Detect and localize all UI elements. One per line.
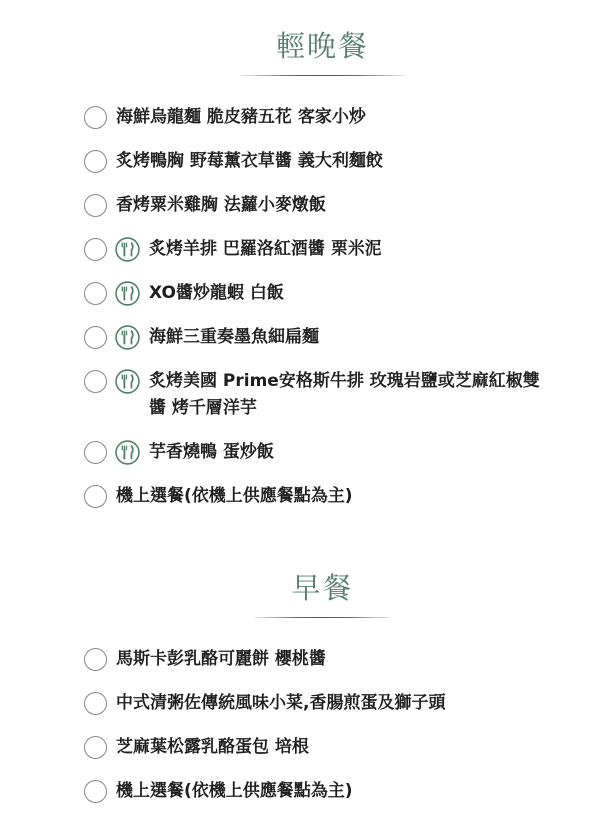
meal-selection-page: 輕晚餐 海鮮烏龍麵 脆皮豬五花 客家小炒 炙烤鴨胸 野莓薰衣草醬 義大利麵餃 香… (0, 0, 601, 805)
meal-option-row[interactable]: 機上選餐(依機上供應餐點為主) (84, 778, 561, 805)
meal-option-row[interactable]: 海鮮三重奏墨魚細扁麵 (84, 324, 561, 351)
meal-option-label: 機上選餐(依機上供應餐點為主) (116, 778, 353, 805)
radio-button[interactable] (84, 780, 107, 803)
radio-button[interactable] (84, 282, 107, 305)
meal-option-row[interactable]: 芋香燒鴨 蛋炒飯 (84, 439, 561, 466)
meal-option-row[interactable]: 馬斯卡彭乳酪可麗餅 櫻桃醬 (84, 646, 561, 673)
radio-button[interactable] (84, 194, 107, 217)
meal-option-label: 炙烤美國 Prime安格斯牛排 玫瑰岩鹽或芝麻紅椒雙醬 烤千層洋芋 (149, 368, 541, 422)
meal-option-row[interactable]: 炙烤鴨胸 野莓薰衣草醬 義大利麵餃 (84, 148, 561, 175)
meal-option-label: 海鮮烏龍麵 脆皮豬五花 客家小炒 (116, 104, 366, 131)
meal-option-label: 馬斯卡彭乳酪可麗餅 櫻桃醬 (116, 646, 326, 673)
radio-button[interactable] (84, 238, 107, 261)
meal-option-row[interactable]: XO醬炒龍蝦 白飯 (84, 280, 561, 307)
radio-button[interactable] (84, 736, 107, 759)
meal-option-row[interactable]: 海鮮烏龍麵 脆皮豬五花 客家小炒 (84, 104, 561, 131)
radio-button[interactable] (84, 326, 107, 349)
meal-option-row[interactable]: 炙烤美國 Prime安格斯牛排 玫瑰岩鹽或芝麻紅椒雙醬 烤千層洋芋 (84, 368, 561, 422)
meal-option-label: XO醬炒龍蝦 白飯 (149, 280, 284, 307)
meal-option-label: 香烤粟米雞胸 法蘿小麥燉飯 (116, 192, 326, 219)
meal-option-label: 海鮮三重奏墨魚細扁麵 (149, 324, 319, 351)
section-title-dinner: 輕晚餐 (240, 24, 405, 76)
section-header-dinner: 輕晚餐 (84, 24, 561, 76)
meal-option-row[interactable]: 香烤粟米雞胸 法蘿小麥燉飯 (84, 192, 561, 219)
meal-option-label: 芋香燒鴨 蛋炒飯 (149, 439, 274, 466)
meal-option-label: 炙烤羊排 巴羅洛紅酒醬 栗米泥 (149, 236, 382, 263)
meal-option-label: 芝麻葉松露乳酪蛋包 培根 (116, 734, 309, 761)
meal-option-row[interactable]: 炙烤羊排 巴羅洛紅酒醬 栗米泥 (84, 236, 561, 263)
meal-option-row[interactable]: 芝麻葉松露乳酪蛋包 培根 (84, 734, 561, 761)
fork-knife-icon (115, 369, 140, 394)
meal-option-row[interactable]: 機上選餐(依機上供應餐點為主) (84, 483, 561, 510)
fork-knife-icon (115, 440, 140, 465)
fork-knife-icon (115, 281, 140, 306)
meal-option-row[interactable]: 中式清粥佐傳統風味小菜,香腸煎蛋及獅子頭 (84, 690, 561, 717)
section-header-breakfast: 早餐 (84, 566, 561, 618)
radio-button[interactable] (84, 150, 107, 173)
meal-option-label: 中式清粥佐傳統風味小菜,香腸煎蛋及獅子頭 (116, 690, 445, 717)
fork-knife-icon (115, 325, 140, 350)
meal-option-label: 炙烤鴨胸 野莓薰衣草醬 義大利麵餃 (116, 148, 383, 175)
meal-option-label: 機上選餐(依機上供應餐點為主) (116, 483, 353, 510)
radio-button[interactable] (84, 485, 107, 508)
radio-button[interactable] (84, 106, 107, 129)
fork-knife-icon (115, 237, 140, 262)
radio-button[interactable] (84, 648, 107, 671)
section-title-breakfast: 早餐 (255, 566, 389, 618)
radio-button[interactable] (84, 441, 107, 464)
radio-button[interactable] (84, 370, 107, 393)
radio-button[interactable] (84, 692, 107, 715)
